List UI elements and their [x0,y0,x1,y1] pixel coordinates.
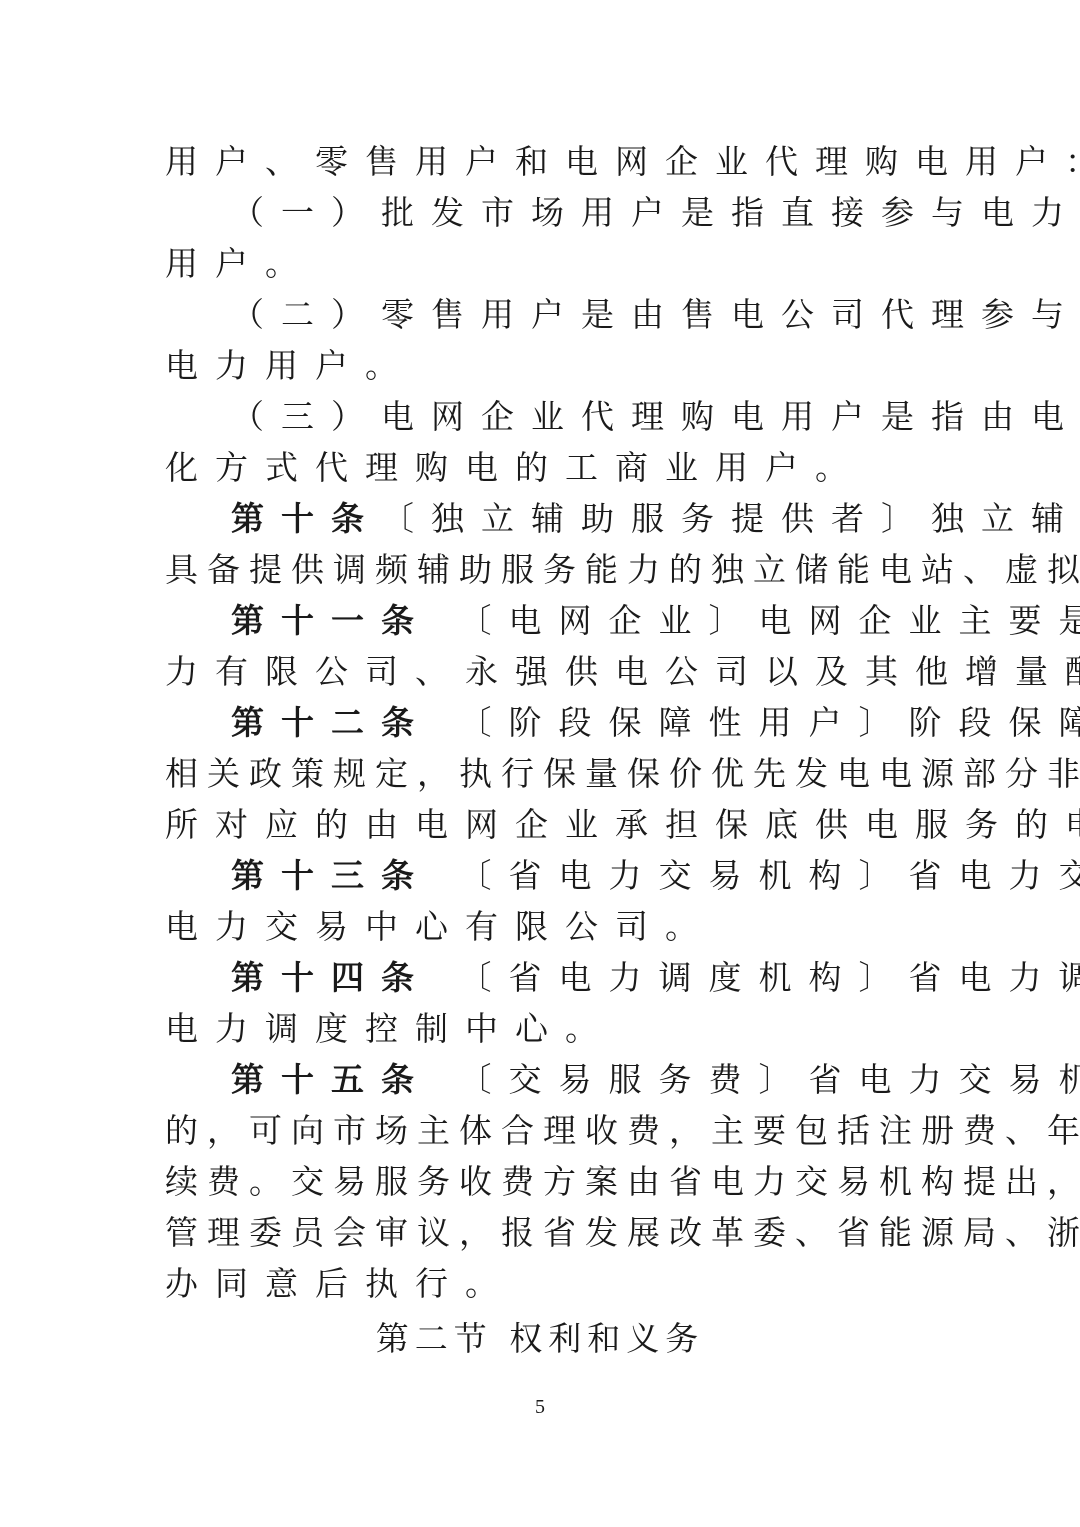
line-text: 所对应的由电网企业承担保底供电服务的电力用户。 [165,805,1080,844]
line-text: 管理委员会审议，报省发展改革委、省能源局、浙江能源监管 [165,1213,1080,1252]
line-text: （二）零售用户是由售电公司代理参与电力零售交易的 [231,295,1080,334]
text-line: 所对应的由电网企业承担保底供电服务的电力用户。 [165,799,917,850]
article-10: 第十条〔独立辅助服务提供者〕独立辅助服务提供者是指 [165,493,917,544]
line-text: 电力调度控制中心。 [165,1009,615,1048]
text-line: 用户、零售用户和电网企业代理购电用户： [165,136,917,187]
article-15: 第十五条 〔交易服务费〕省电力交易机构不以营利为目 [165,1054,917,1105]
text-line: 管理委员会审议，报省发展改革委、省能源局、浙江能源监管 [165,1207,917,1258]
text-line: （二）零售用户是由售电公司代理参与电力零售交易的 [165,289,917,340]
line-text: 办同意后执行。 [165,1264,515,1303]
document-body: 用户、零售用户和电网企业代理购电用户： （一）批发市场用户是指直接参与电力批发交… [165,136,917,1309]
line-text: 续费。交易服务收费方案由省电力交易机构提出，经电力市场 [165,1162,1080,1201]
text-line: 电力交易中心有限公司。 [165,901,917,952]
line-text: 具备提供调频辅助服务能力的独立储能电站、虚拟电厂等。 [165,550,1080,589]
text-line: 力有限公司、永强供电公司以及其他增量配电网企业。 [165,646,917,697]
text-line: 化方式代理购电的工商业用户。 [165,442,917,493]
article-12: 第十二条 〔阶段保障性用户〕阶段保障性用户是指按照 [165,697,917,748]
text-line: 相关政策规定，执行保量保价优先发电电源部分非市场化电量 [165,748,917,799]
text-line: 的，可向市场主体合理收费，主要包括注册费、年费、交易手 [165,1105,917,1156]
text-line: （三）电网企业代理购电用户是指由电网企业通过市场 [165,391,917,442]
line-text: 〔省电力调度机构〕省电力调度机构是指浙江 [459,958,1080,997]
page-number: 5 [0,1396,1080,1419]
line-text: （一）批发市场用户是指直接参与电力批发交易的电力 [231,193,1080,232]
article-14: 第十四条 〔省电力调度机构〕省电力调度机构是指浙江 [165,952,917,1003]
article-number: 第十二条 [231,703,431,742]
line-text: 的，可向市场主体合理收费，主要包括注册费、年费、交易手 [165,1111,1080,1150]
line-text: 〔独立辅助服务提供者〕独立辅助服务提供者是指 [381,499,1080,538]
text-line: 办同意后执行。 [165,1258,917,1309]
line-text: 〔电网企业〕电网企业主要是指国网浙江省电 [459,601,1080,640]
article-13: 第十三条 〔省电力交易机构〕省电力交易机构是指浙江 [165,850,917,901]
article-11: 第十一条 〔电网企业〕电网企业主要是指国网浙江省电 [165,595,917,646]
line-text: 〔交易服务费〕省电力交易机构不以营利为目 [459,1060,1080,1099]
line-text: （三）电网企业代理购电用户是指由电网企业通过市场 [231,397,1080,436]
line-text: 用户、零售用户和电网企业代理购电用户： [165,142,1080,181]
line-text: 〔阶段保障性用户〕阶段保障性用户是指按照 [459,703,1080,742]
article-number: 第十五条 [231,1060,431,1099]
text-line: 电力用户。 [165,340,917,391]
line-text: 电力交易中心有限公司。 [165,907,715,946]
article-number: 第十三条 [231,856,431,895]
article-number: 第十一条 [231,601,431,640]
line-text: 化方式代理购电的工商业用户。 [165,448,865,487]
section-heading: 第二节 权利和义务 [0,1313,1080,1364]
line-text: 〔省电力交易机构〕省电力交易机构是指浙江 [459,856,1080,895]
text-line: 续费。交易服务收费方案由省电力交易机构提出，经电力市场 [165,1156,917,1207]
text-line: （一）批发市场用户是指直接参与电力批发交易的电力 [165,187,917,238]
text-line: 用户。 [165,238,917,289]
line-text: 力有限公司、永强供电公司以及其他增量配电网企业。 [165,652,1080,691]
line-text: 相关政策规定，执行保量保价优先发电电源部分非市场化电量 [165,754,1080,793]
text-line: 具备提供调频辅助服务能力的独立储能电站、虚拟电厂等。 [165,544,917,595]
text-line: 电力调度控制中心。 [165,1003,917,1054]
line-text: 电力用户。 [165,346,415,385]
line-text: 用户。 [165,244,315,283]
article-number: 第十四条 [231,958,431,997]
article-number: 第十条 [231,499,381,538]
